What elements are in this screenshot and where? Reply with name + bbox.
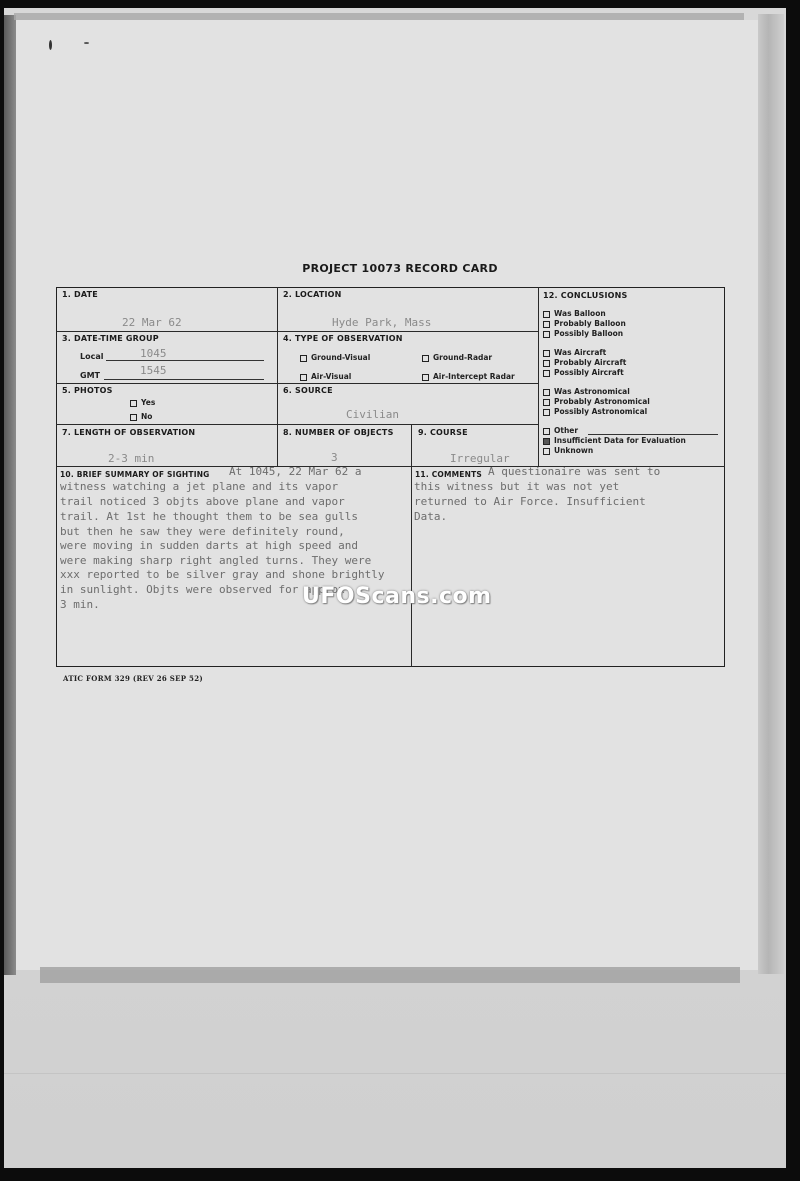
option-ground-radar[interactable]: Ground-Radar (422, 353, 492, 362)
comments-label: 11. COMMENTS (415, 470, 482, 479)
checkbox-icon[interactable] (543, 321, 550, 328)
checkbox-icon[interactable] (543, 448, 550, 455)
length-of-observation-value: 2-3 min (108, 452, 154, 465)
checkbox-icon[interactable] (300, 374, 307, 381)
card-shadow-top (14, 13, 744, 20)
divider (277, 287, 278, 466)
option-air-intercept-radar[interactable]: Air-Intercept Radar (422, 372, 515, 381)
fold-line (4, 1073, 786, 1074)
checkbox-icon[interactable] (543, 311, 550, 318)
document-title: PROJECT 10073 RECORD CARD (0, 262, 800, 275)
observation-type-label: 4. TYPE OF OBSERVATION (283, 334, 403, 343)
scan-mark (49, 40, 52, 50)
checkbox-icon[interactable] (543, 409, 550, 416)
summary-line: xxx reported to be silver gray and shone… (60, 568, 385, 583)
location-value: Hyde Park, Mass (332, 316, 431, 329)
length-of-observation-label: 7. LENGTH OF OBSERVATION (62, 428, 195, 437)
summary-line: trail noticed 3 objts above plane and va… (60, 495, 345, 510)
checked-checkbox-icon[interactable] (543, 438, 550, 445)
local-time-underline (106, 360, 264, 361)
option-air-visual[interactable]: Air-Visual (300, 372, 351, 381)
other-underline (588, 434, 718, 435)
conclusion-unknown[interactable]: Unknown (543, 446, 593, 455)
source-label: 6. SOURCE (283, 386, 333, 395)
summary-line: but then he saw they were definitely rou… (60, 525, 345, 540)
summary-line: trail. At 1st he thought them to be sea … (60, 510, 358, 525)
option-ground-visual[interactable]: Ground-Visual (300, 353, 370, 362)
conclusions-label: 12. CONCLUSIONS (543, 291, 628, 300)
location-label: 2. LOCATION (283, 290, 342, 299)
summary-line: At 1045, 22 Mar 62 a (229, 465, 361, 480)
conclusion-probably-astronomical[interactable]: Probably Astronomical (543, 397, 650, 406)
gmt-time-label: GMT (80, 371, 100, 380)
conclusion-was-balloon[interactable]: Was Balloon (543, 309, 606, 318)
scan-shadow-right (758, 14, 784, 974)
comments-line: this witness but it was not yet (414, 480, 619, 495)
photos-label: 5. PHOTOS (62, 386, 113, 395)
conclusion-possibly-aircraft[interactable]: Possibly Aircraft (543, 368, 624, 377)
checkbox-icon[interactable] (543, 350, 550, 357)
summary-line: were moving in sudden darts at high spee… (60, 539, 358, 554)
divider (56, 331, 538, 332)
checkbox-icon[interactable] (422, 374, 429, 381)
gmt-time-value: 1545 (140, 364, 167, 377)
option-photos-no[interactable]: No (130, 412, 152, 421)
conclusion-was-astronomical[interactable]: Was Astronomical (543, 387, 630, 396)
comments-line: Data. (414, 510, 447, 525)
scan-mark (84, 42, 89, 44)
summary-line: were making sharp right angled turns. Th… (60, 554, 371, 569)
conclusion-probably-balloon[interactable]: Probably Balloon (543, 319, 626, 328)
conclusion-possibly-balloon[interactable]: Possibly Balloon (543, 329, 623, 338)
conclusion-other[interactable]: Other (543, 426, 578, 435)
checkbox-icon[interactable] (543, 370, 550, 377)
form-number: ATIC FORM 329 (REV 26 SEP 52) (63, 674, 203, 683)
number-of-objects-label: 8. NUMBER OF OBJECTS (283, 428, 394, 437)
divider (56, 383, 538, 384)
card-shadow-bottom (40, 967, 740, 983)
option-photos-yes[interactable]: Yes (130, 398, 155, 407)
checkbox-icon[interactable] (543, 399, 550, 406)
divider (56, 424, 538, 425)
checkbox-icon[interactable] (422, 355, 429, 362)
local-time-value: 1045 (140, 347, 167, 360)
summary-label: 10. BRIEF SUMMARY OF SIGHTING (60, 470, 210, 479)
comments-line: A questionaire was sent to (488, 465, 660, 480)
watermark: UFOScans.com (302, 584, 492, 609)
checkbox-icon[interactable] (543, 428, 550, 435)
date-label: 1. DATE (62, 290, 98, 299)
source-value: Civilian (346, 408, 399, 421)
divider (538, 287, 539, 466)
checkbox-icon[interactable] (300, 355, 307, 362)
local-time-label: Local (80, 352, 103, 361)
scan-shadow-left (4, 15, 16, 975)
date-time-group-label: 3. DATE-TIME GROUP (62, 334, 159, 343)
checkbox-icon[interactable] (543, 331, 550, 338)
number-of-objects-value: 3 (331, 451, 338, 464)
course-value: Irregular (450, 452, 510, 465)
checkbox-icon[interactable] (543, 360, 550, 367)
conclusion-probably-aircraft[interactable]: Probably Aircraft (543, 358, 626, 367)
summary-line: 3 min. (60, 598, 100, 613)
conclusion-was-aircraft[interactable]: Was Aircraft (543, 348, 606, 357)
comments-line: returned to Air Force. Insufficient (414, 495, 646, 510)
conclusion-possibly-astronomical[interactable]: Possibly Astronomical (543, 407, 647, 416)
checkbox-icon[interactable] (543, 389, 550, 396)
course-label: 9. COURSE (418, 428, 468, 437)
divider (411, 424, 412, 667)
checkbox-icon[interactable] (130, 414, 137, 421)
summary-line: witness watching a jet plane and its vap… (60, 480, 338, 495)
conclusion-insufficient-data[interactable]: Insufficient Data for Evaluation (543, 436, 686, 445)
checkbox-icon[interactable] (130, 400, 137, 407)
date-value: 22 Mar 62 (122, 316, 182, 329)
gmt-time-underline (104, 379, 264, 380)
